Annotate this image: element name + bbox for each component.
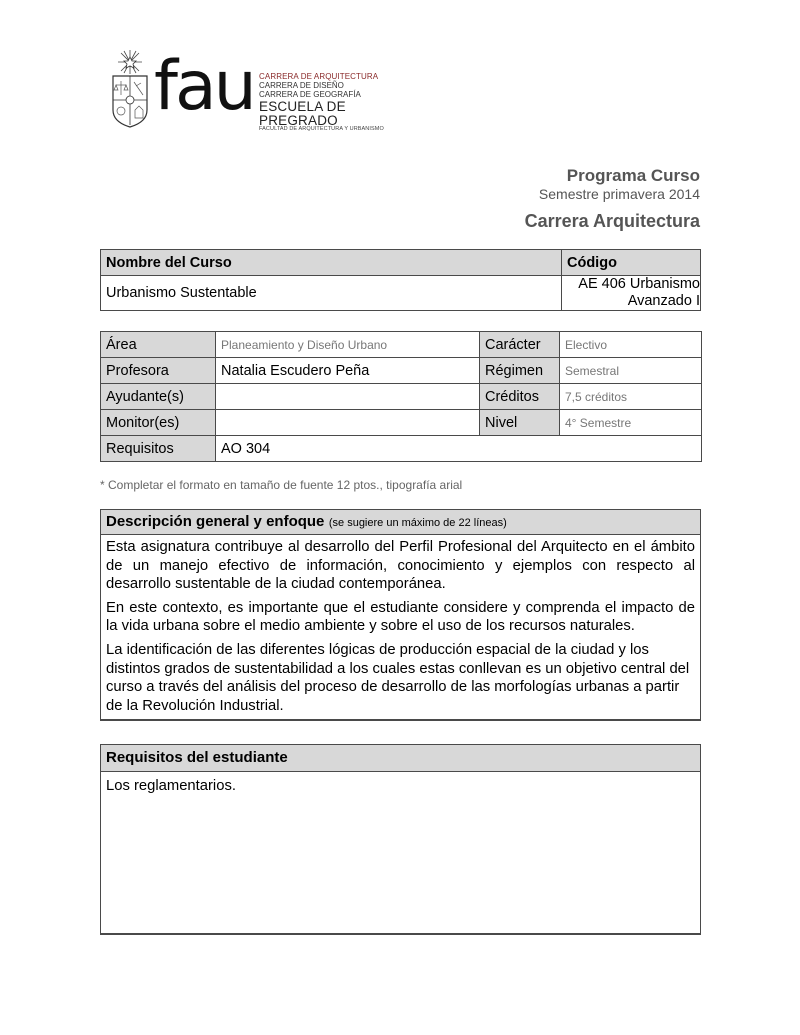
- course-table: Nombre del Curso Código Urbanismo Susten…: [100, 249, 701, 311]
- description-paragraph: La identificación de las diferentes lógi…: [106, 641, 695, 715]
- university-crest-icon: [110, 48, 150, 128]
- regimen-label: Régimen: [480, 358, 560, 384]
- info-row-ayudante: Ayudante(s) Créditos 7,5 créditos: [101, 384, 702, 410]
- info-row-requisitos: Requisitos AO 304: [101, 436, 702, 462]
- logo-facultad: FACULTAD DE ARQUITECTURA Y URBANISMO: [259, 127, 400, 133]
- logo-escuela: ESCUELA DE PREGRADO: [259, 100, 400, 127]
- student-requirements-header: Requisitos del estudiante: [101, 745, 700, 772]
- course-info-table: Área Planeamiento y Diseño Urbano Caráct…: [100, 331, 702, 462]
- creditos-label: Créditos: [480, 384, 560, 410]
- fau-logo: fau CARRERA DE ARQUITECTURA CARRERA DE D…: [110, 48, 400, 130]
- description-paragraph: En este contexto, es importante que el e…: [106, 599, 695, 636]
- course-name-header: Nombre del Curso: [101, 250, 562, 276]
- logo-carrera-geografia: CARRERA DE GEOGRAFÍA: [259, 91, 400, 99]
- program-title: Programa Curso: [567, 166, 700, 186]
- monitor-label: Monitor(es): [101, 410, 216, 436]
- caracter-value: Electivo: [560, 332, 702, 358]
- caracter-label: Carácter: [480, 332, 560, 358]
- ayudante-label: Ayudante(s): [101, 384, 216, 410]
- description-paragraph: Esta asignatura contribuye al desarrollo…: [106, 538, 695, 594]
- description-title: Descripción general y enfoque: [106, 513, 324, 530]
- course-table-row: Urbanismo Sustentable AE 406 Urbanismo A…: [101, 276, 701, 311]
- student-requirements-body: Los reglamentarios.: [101, 772, 700, 800]
- area-label: Área: [101, 332, 216, 358]
- monitor-value: [216, 410, 480, 436]
- info-row-profesora: Profesora Natalia Escudero Peña Régimen …: [101, 358, 702, 384]
- requisitos-label: Requisitos: [101, 436, 216, 462]
- description-header: Descripción general y enfoque (se sugier…: [101, 510, 700, 535]
- info-row-monitor: Monitor(es) Nivel 4° Semestre: [101, 410, 702, 436]
- logo-carrera-arquitectura: CARRERA DE ARQUITECTURA: [259, 73, 400, 81]
- course-code-value: AE 406 Urbanismo Avanzado I: [562, 276, 701, 311]
- course-name-value: Urbanismo Sustentable: [101, 276, 562, 311]
- logo-text-block: CARRERA DE ARQUITECTURA CARRERA DE DISEÑ…: [259, 73, 400, 133]
- nivel-label: Nivel: [480, 410, 560, 436]
- profesora-value: Natalia Escudero Peña: [216, 358, 480, 384]
- description-section: Descripción general y enfoque (se sugier…: [100, 509, 701, 721]
- semester-label: Semestre primavera 2014: [539, 186, 700, 202]
- course-code-line2: Avanzado I: [628, 293, 700, 309]
- creditos-value: 7,5 créditos: [560, 384, 702, 410]
- student-requirements-section: Requisitos del estudiante Los reglamenta…: [100, 744, 701, 935]
- info-row-area: Área Planeamiento y Diseño Urbano Caráct…: [101, 332, 702, 358]
- logo-carrera-diseno: CARRERA DE DISEÑO: [259, 82, 400, 90]
- description-subtitle: (se sugiere un máximo de 22 líneas): [329, 517, 507, 529]
- profesora-label: Profesora: [101, 358, 216, 384]
- ayudante-value: [216, 384, 480, 410]
- description-body: Esta asignatura contribuye al desarrollo…: [101, 535, 700, 719]
- nivel-value: 4° Semestre: [560, 410, 702, 436]
- area-value: Planeamiento y Diseño Urbano: [216, 332, 480, 358]
- carrera-title: Carrera Arquitectura: [525, 211, 700, 232]
- requisitos-value: AO 304: [216, 436, 702, 462]
- regimen-value: Semestral: [560, 358, 702, 384]
- course-code-line1: AE 406 Urbanismo: [578, 276, 700, 292]
- format-note: * Completar el formato en tamaño de fuen…: [100, 478, 462, 492]
- course-table-header: Nombre del Curso Código: [101, 250, 701, 276]
- fau-wordmark: fau: [154, 52, 254, 122]
- course-code-header: Código: [562, 250, 701, 276]
